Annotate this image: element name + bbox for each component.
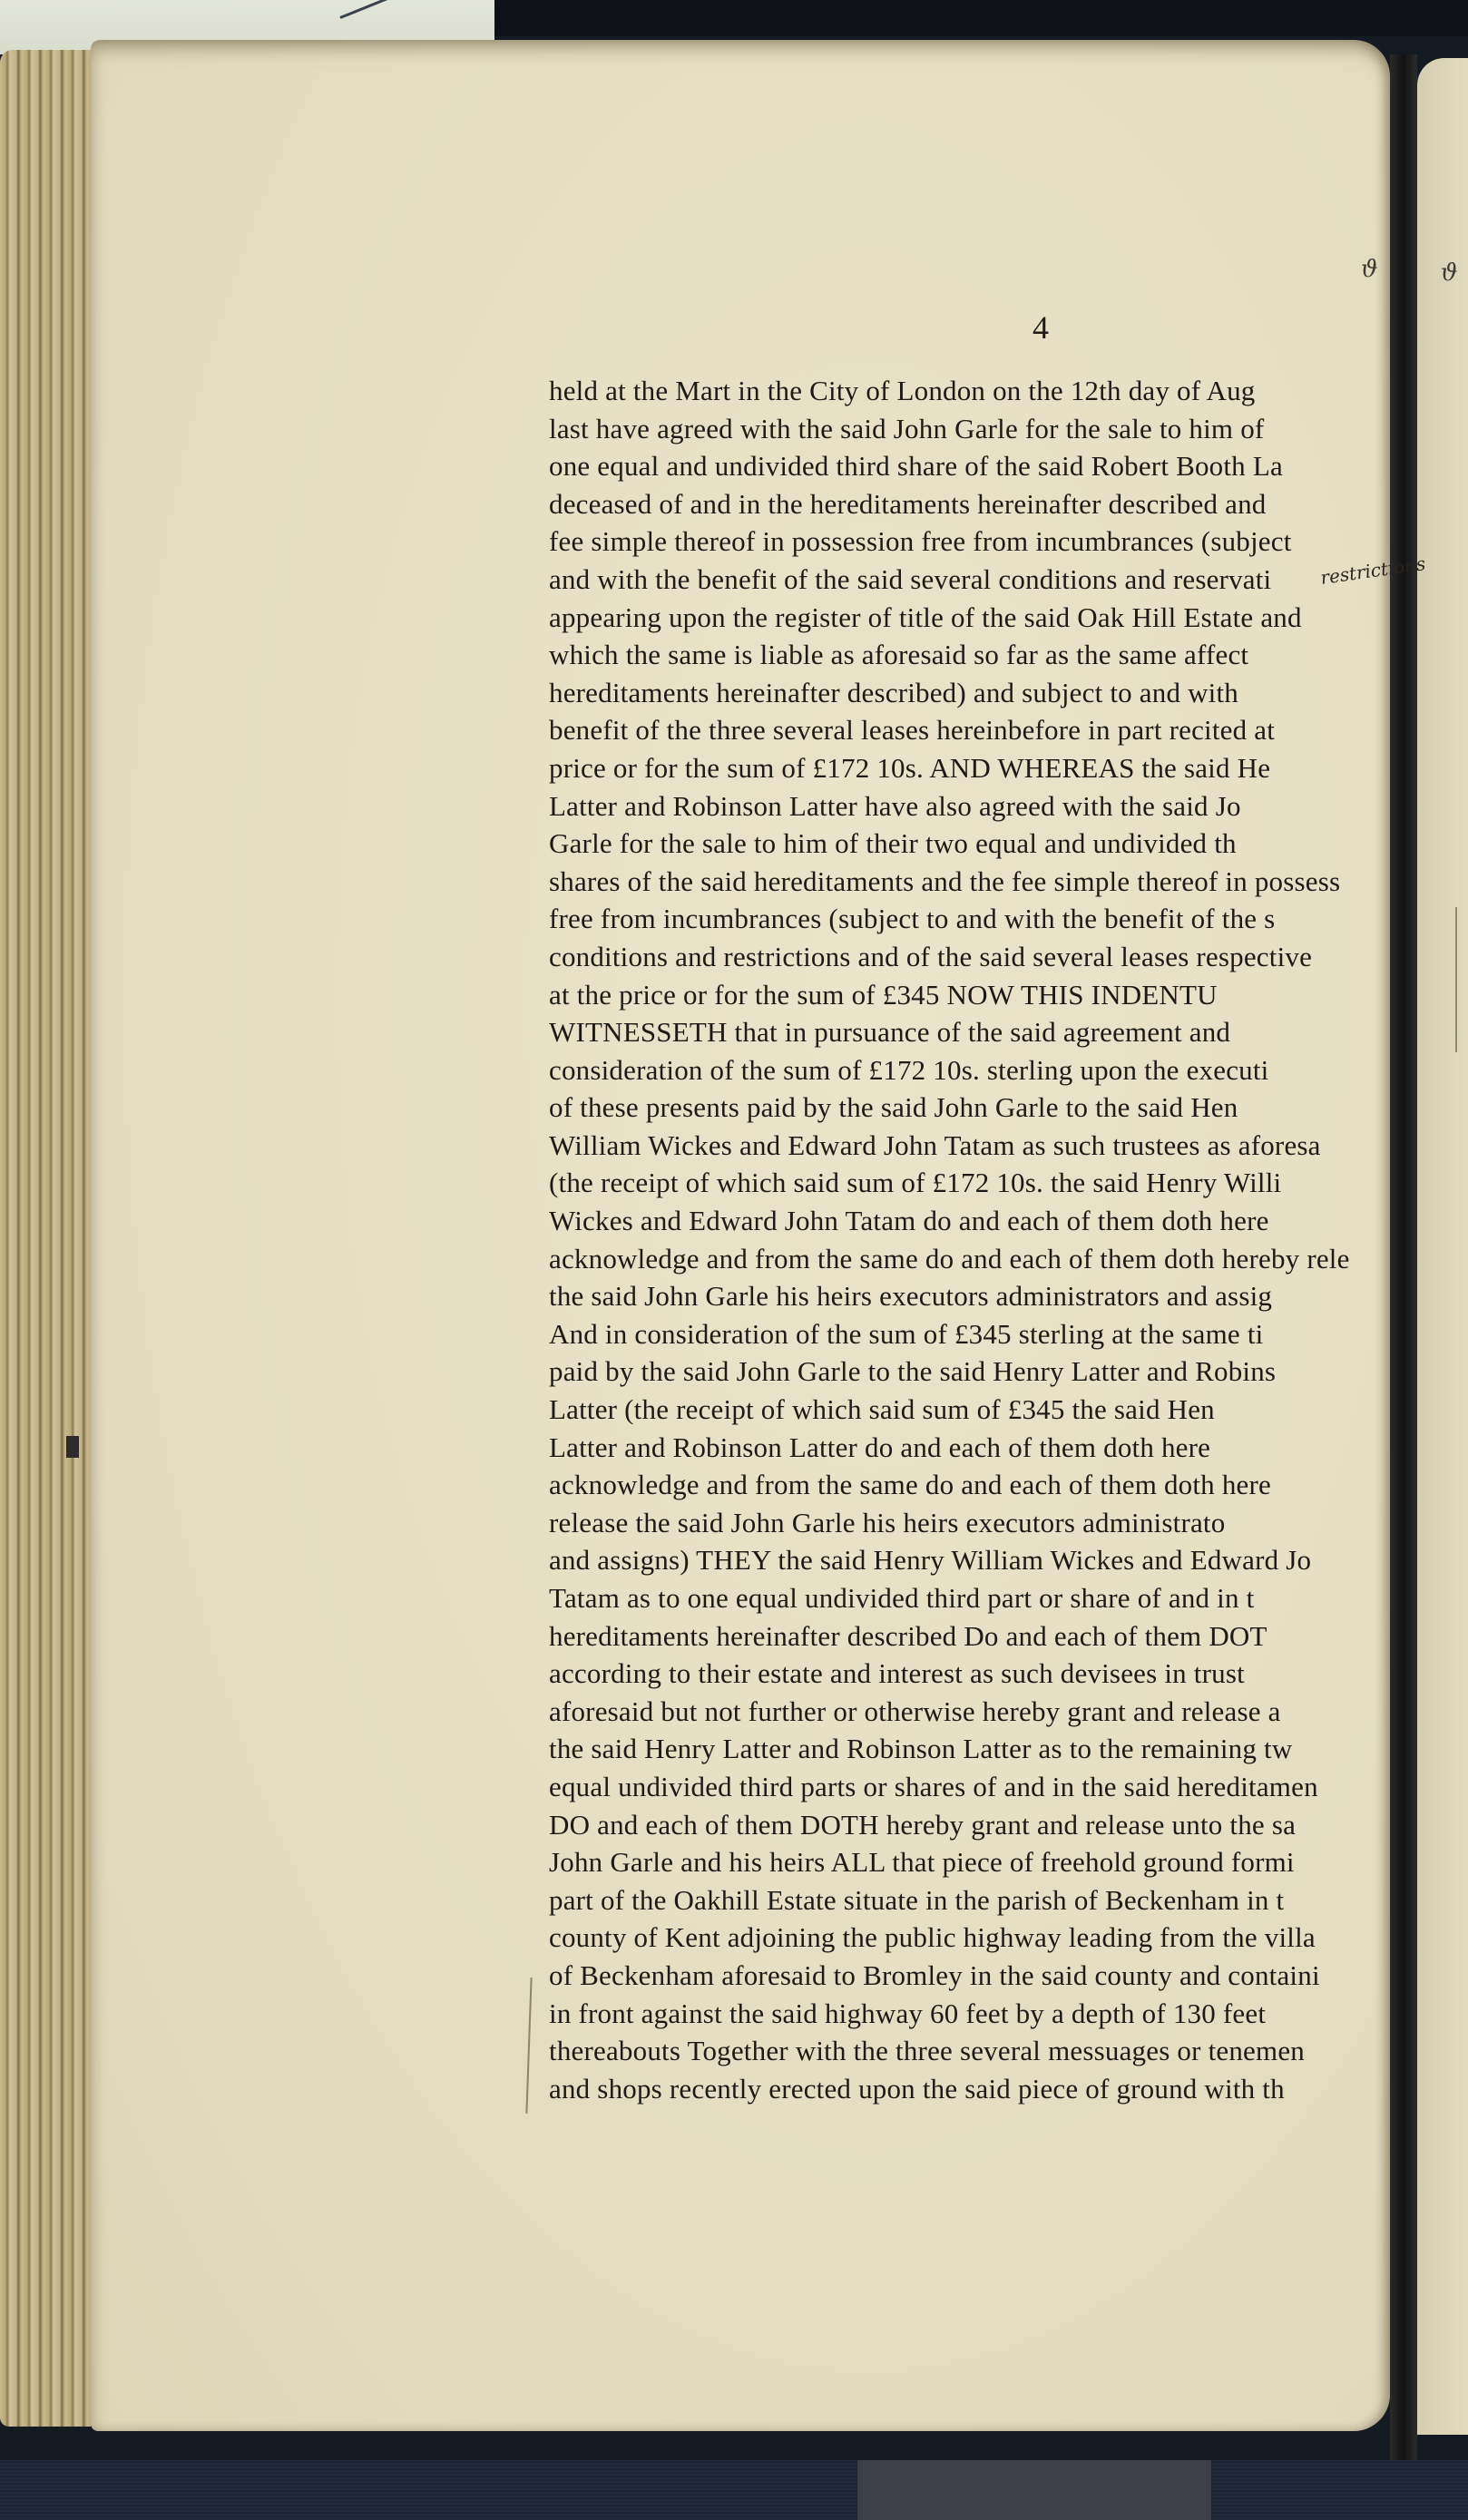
text-line: paid by the said John Garle to the said … (549, 1353, 1393, 1391)
text-line: deceased of and in the hereditaments her… (549, 485, 1393, 523)
text-line: one equal and undivided third share of t… (549, 447, 1393, 485)
facing-page-pencil-mark (1455, 907, 1457, 1052)
text-line: Tatam as to one equal undivided third pa… (549, 1579, 1393, 1617)
text-line: county of Kent adjoining the public high… (549, 1919, 1393, 1957)
text-line: according to their estate and interest a… (549, 1655, 1393, 1693)
text-line: equal undivided third parts or shares of… (549, 1768, 1393, 1806)
dark-background (494, 0, 1468, 36)
text-line: aforesaid but not further or otherwise h… (549, 1693, 1393, 1731)
text-line: Latter and Robinson Latter have also agr… (549, 787, 1393, 825)
text-line: release the said John Garle his heirs ex… (549, 1504, 1393, 1542)
page-number: 4 (1032, 308, 1049, 347)
text-line: (the receipt of which said sum of £172 1… (549, 1164, 1393, 1202)
text-line: thereabouts Together with the three seve… (549, 2032, 1393, 2070)
text-line: at the price or for the sum of £345 NOW … (549, 976, 1393, 1014)
text-line: John Garle and his heirs ALL that piece … (549, 1843, 1393, 1881)
text-line: Garle for the sale to him of their two e… (549, 825, 1393, 863)
text-line: And in consideration of the sum of £345 … (549, 1315, 1393, 1353)
text-line: which the same is liable as aforesaid so… (549, 636, 1393, 674)
text-line: last have agreed with the said John Garl… (549, 410, 1393, 448)
text-line: hereditaments hereinafter described Do a… (549, 1617, 1393, 1656)
text-line: Wickes and Edward John Tatam do and each… (549, 1202, 1393, 1240)
text-line: in front against the said highway 60 fee… (549, 1995, 1393, 2033)
text-line: WITNESSETH that in pursuance of the said… (549, 1013, 1393, 1051)
text-line: consideration of the sum of £172 10s. st… (549, 1051, 1393, 1089)
text-line: of Beckenham aforesaid to Bromley in the… (549, 1957, 1393, 1995)
text-line: acknowledge and from the same do and eac… (549, 1240, 1393, 1278)
text-line: DO and each of them DOTH hereby grant an… (549, 1806, 1393, 1844)
text-line: and assigns) THEY the said Henry William… (549, 1541, 1393, 1579)
text-line: William Wickes and Edward John Tatam as … (549, 1127, 1393, 1165)
text-line: of these presents paid by the said John … (549, 1089, 1393, 1127)
text-line: shares of the said hereditaments and the… (549, 863, 1393, 901)
text-line: Latter and Robinson Latter do and each o… (549, 1429, 1393, 1467)
cloth-tab (857, 2460, 1211, 2520)
book-spine-gutter (1390, 54, 1417, 2467)
document-body-text: held at the Mart in the City of London o… (549, 372, 1393, 2107)
text-line: acknowledge and from the same do and eac… (549, 1466, 1393, 1504)
text-line: free from incumbrances (subject to and w… (549, 900, 1393, 938)
text-line: price or for the sum of £172 10s. AND WH… (549, 749, 1393, 787)
text-line: the said Henry Latter and Robinson Latte… (549, 1730, 1393, 1768)
text-line: hereditaments hereinafter described) and… (549, 674, 1393, 712)
page-stack-edges (0, 50, 91, 2427)
corner-pencil-mark-left: ϑ (1361, 256, 1378, 283)
text-line: and shops recently erected upon the said… (549, 2070, 1393, 2108)
text-line: and with the benefit of the said several… (549, 561, 1393, 599)
text-line: Latter (the receipt of which said sum of… (549, 1391, 1393, 1429)
text-line: held at the Mart in the City of London o… (549, 372, 1393, 410)
book-cover-cloth (0, 2460, 1468, 2520)
text-line: the said John Garle his heirs executors … (549, 1277, 1393, 1315)
text-line: part of the Oakhill Estate situate in th… (549, 1881, 1393, 1919)
text-line: benefit of the three several leases here… (549, 711, 1393, 749)
text-line: appearing upon the register of title of … (549, 599, 1393, 637)
facing-page (1417, 58, 1468, 2435)
page-stack-mark (66, 1436, 79, 1458)
text-line: fee simple thereof in possession free fr… (549, 523, 1393, 561)
corner-pencil-mark-right: ϑ (1441, 259, 1458, 287)
text-line: conditions and restrictions and of the s… (549, 938, 1393, 976)
